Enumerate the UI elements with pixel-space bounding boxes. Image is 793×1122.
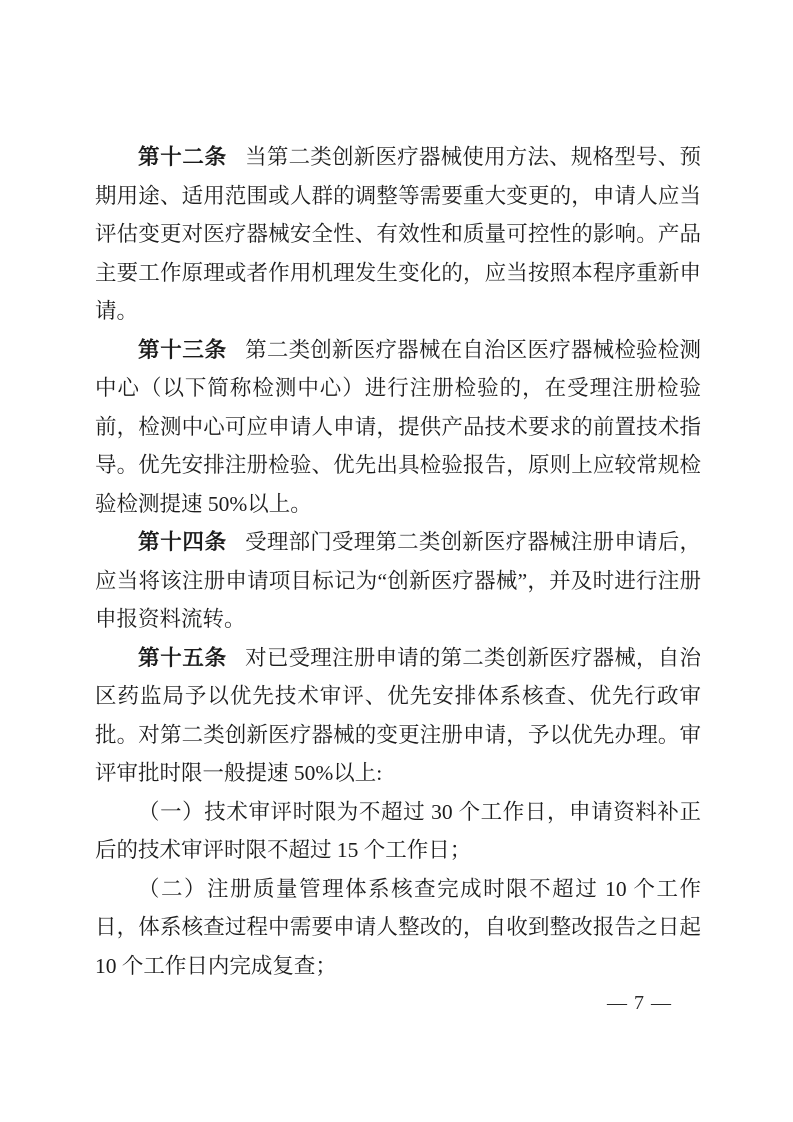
paragraph-article-15: 第十五条对已受理注册申请的第二类创新医疗器械，自治区药监局予以优先技术审评、优先…	[95, 639, 701, 793]
document-body: 第十二条当第二类创新医疗器械使用方法、规格型号、预期用途、适用范围或人群的调整等…	[95, 138, 701, 985]
page-number: — 7 —	[607, 992, 672, 1015]
article-12-number: 第十二条	[138, 145, 227, 169]
article-15-number: 第十五条	[138, 646, 227, 670]
paragraph-item-2: （二）注册质量管理体系核查完成时限不超过 10 个工作日，体系核查过程中需要申请…	[95, 870, 701, 986]
article-14-number: 第十四条	[138, 530, 227, 554]
paragraph-item-1: （一）技术审评时限为不超过 30 个工作日，申请资料补正后的技术审评时限不超过 …	[95, 793, 701, 870]
document-page: 第十二条当第二类创新医疗器械使用方法、规格型号、预期用途、适用范围或人群的调整等…	[0, 0, 793, 1122]
paragraph-article-14: 第十四条受理部门受理第二类创新医疗器械注册申请后，应当将该注册申请项目标记为“创…	[95, 523, 701, 639]
item-2-text: （二）注册质量管理体系核查完成时限不超过 10 个工作日，体系核查过程中需要申请…	[95, 877, 701, 978]
article-13-text: 第二类创新医疗器械在自治区医疗器械检验检测中心（以下简称检测中心）进行注册检验的…	[95, 338, 701, 516]
article-12-text: 当第二类创新医疗器械使用方法、规格型号、预期用途、适用范围或人群的调整等需要重大…	[95, 145, 701, 323]
paragraph-article-13: 第十三条第二类创新医疗器械在自治区医疗器械检验检测中心（以下简称检测中心）进行注…	[95, 331, 701, 524]
paragraph-article-12: 第十二条当第二类创新医疗器械使用方法、规格型号、预期用途、适用范围或人群的调整等…	[95, 138, 701, 331]
article-13-number: 第十三条	[138, 338, 227, 362]
item-1-text: （一）技术审评时限为不超过 30 个工作日，申请资料补正后的技术审评时限不超过 …	[95, 800, 701, 863]
